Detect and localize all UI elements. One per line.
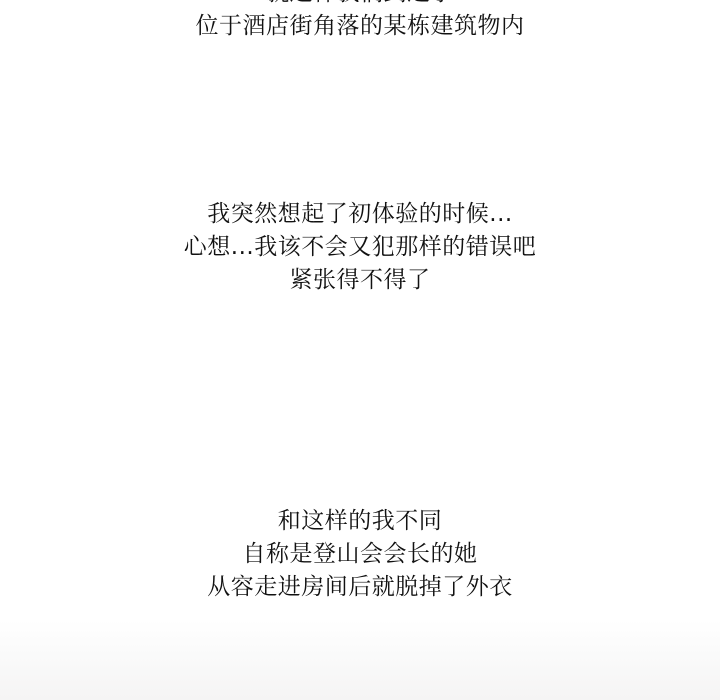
caption-block-top: 就这样我们到达了 位于酒店街角落的某栋建筑物内 [0,0,720,43]
caption-line: 位于酒店街角落的某栋建筑物内 [0,10,720,43]
next-panel-fade [0,620,720,700]
caption-line: 心想...我该不会又犯那样的错误吧 [0,231,720,264]
caption-line-clipped: 就这样我们到达了 [0,0,720,10]
caption-line: 自称是登山会会长的她 [0,538,720,571]
caption-line: 和这样的我不同 [0,505,720,538]
comic-page: 就这样我们到达了 位于酒店街角落的某栋建筑物内 我突然想起了初体验的时候... … [0,0,720,700]
caption-line: 从容走进房间后就脱掉了外衣 [0,571,720,604]
caption-line: 我突然想起了初体验的时候... [0,198,720,231]
caption-block-bottom: 和这样的我不同 自称是登山会会长的她 从容走进房间后就脱掉了外衣 [0,505,720,604]
caption-line: 紧张得不得了 [0,264,720,297]
caption-block-middle: 我突然想起了初体验的时候... 心想...我该不会又犯那样的错误吧 紧张得不得了 [0,198,720,297]
